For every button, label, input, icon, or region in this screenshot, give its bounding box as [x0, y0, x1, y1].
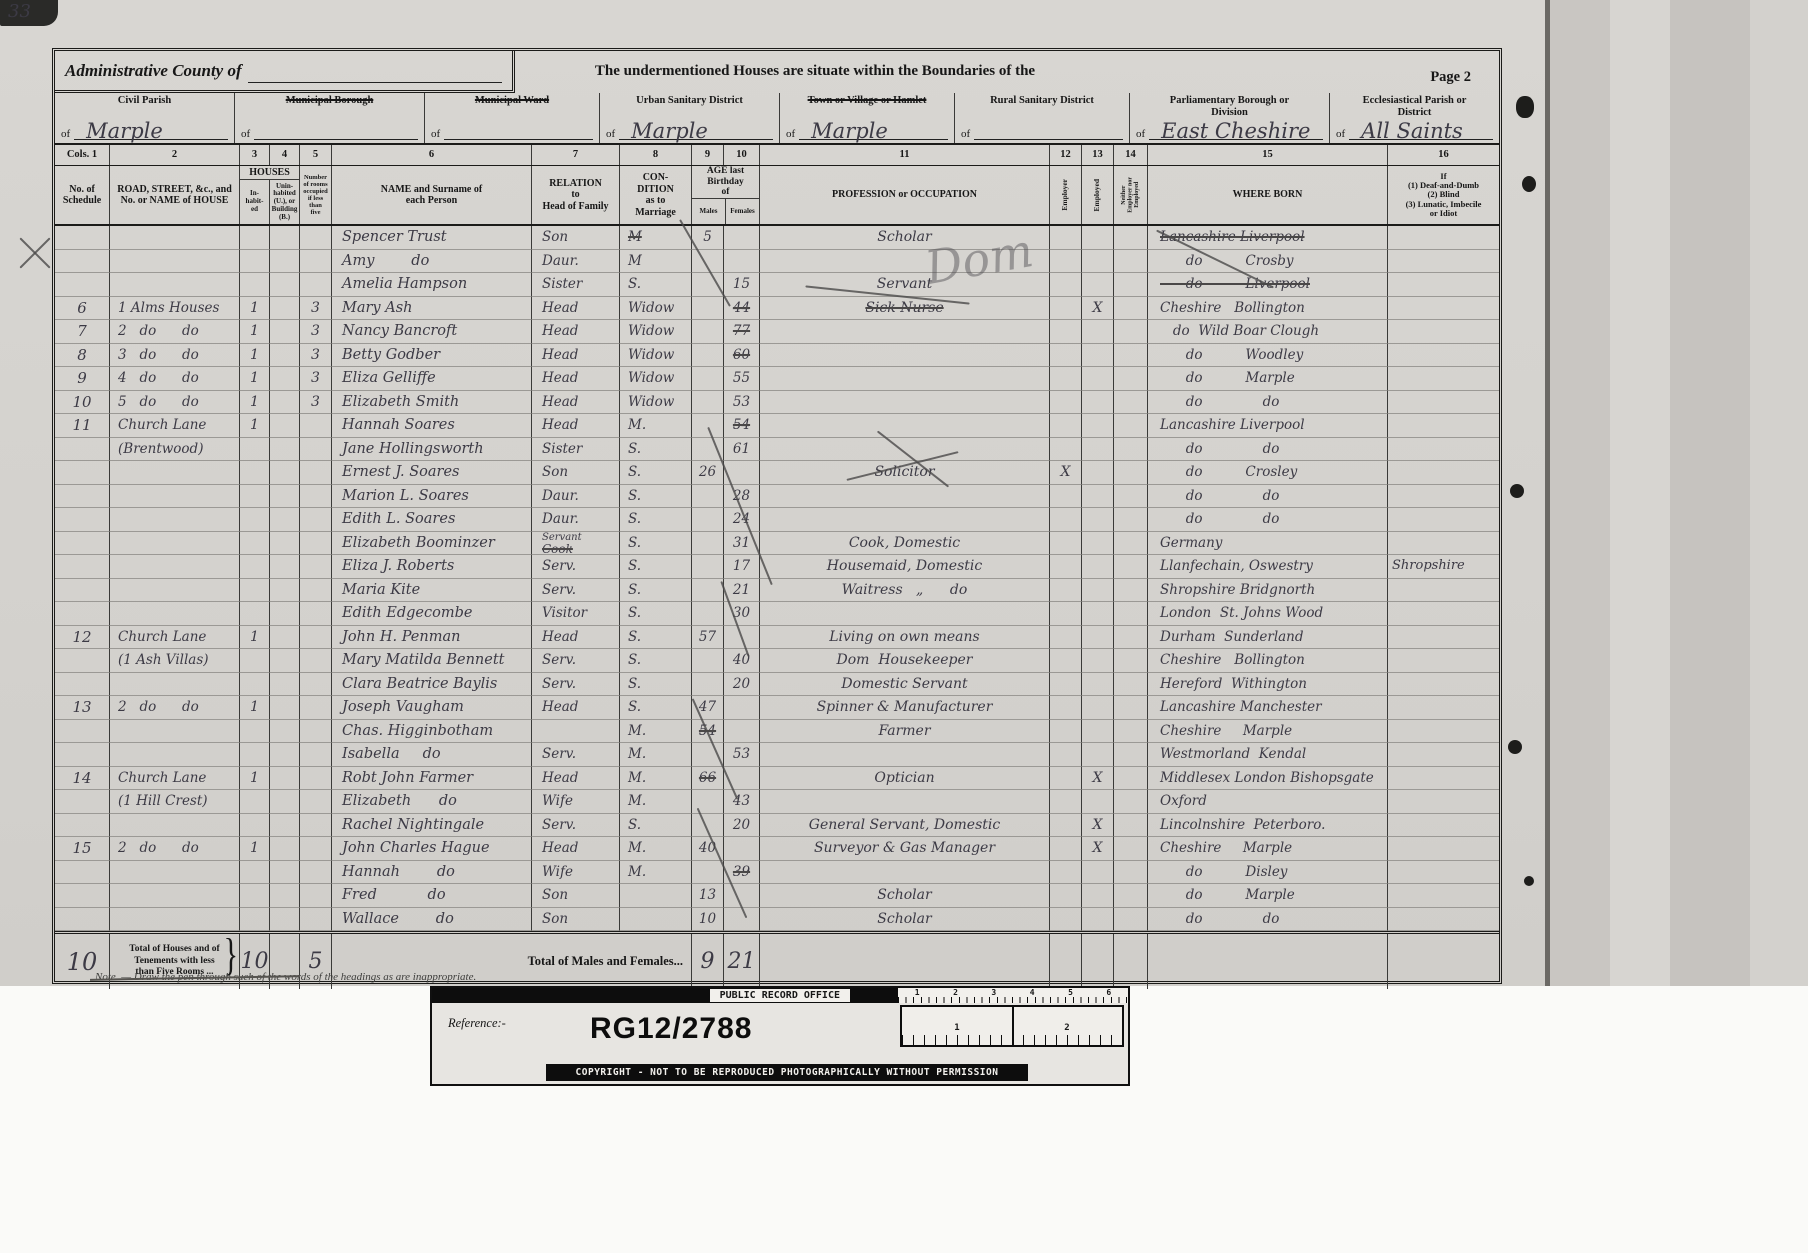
district-urban-sanitary-district: Urban Sanitary DistrictofMarple [600, 93, 780, 143]
cell-road [110, 555, 240, 579]
cell-emp [1050, 626, 1082, 650]
cell-neither [1114, 673, 1148, 697]
cell-inh [240, 226, 270, 250]
cell-occ [760, 320, 1050, 344]
cell-sched [55, 508, 110, 532]
cell-rel: Head [532, 297, 620, 321]
cell-occ [760, 602, 1050, 626]
cell-rel: Head [532, 626, 620, 650]
column-number: 2 [110, 145, 240, 165]
cell-born: do Disley [1148, 861, 1388, 885]
cell-inh [240, 532, 270, 556]
cell-uninh [270, 884, 300, 908]
cell-uninh [270, 226, 300, 250]
cell-empd [1082, 908, 1114, 932]
cell-rel: Serv. [532, 743, 620, 767]
cell-sched [55, 438, 110, 462]
cell-road: 4 do do [110, 367, 240, 391]
cell-uninh [270, 555, 300, 579]
cell-rel: Daur. [532, 508, 620, 532]
district-blank-line [974, 106, 1123, 140]
cell-m [692, 485, 724, 509]
cell-cond: S. [620, 626, 692, 650]
stamp-ruler-bottom: 12 [900, 1005, 1124, 1047]
cell-uninh [270, 367, 300, 391]
cell-cond [620, 884, 692, 908]
header-employer: Employer [1050, 166, 1082, 224]
cell-infirm [1388, 837, 1499, 861]
cell-m: 13 [692, 884, 724, 908]
cell-rel: Head [532, 767, 620, 791]
cell-rooms [300, 273, 332, 297]
hole-punch [1510, 484, 1524, 498]
cell-emp [1050, 273, 1082, 297]
cell-road: 1 Alms Houses [110, 297, 240, 321]
cell-f: 20 [724, 814, 760, 838]
header-neither: Neither Employer nor Employed [1114, 166, 1148, 224]
cell-rooms [300, 579, 332, 603]
cell-rooms [300, 884, 332, 908]
county-row: Administrative County of The undermentio… [55, 51, 1499, 93]
cell-m [692, 673, 724, 697]
column-number: 11 [760, 145, 1050, 165]
cell-m [692, 297, 724, 321]
cell-road [110, 579, 240, 603]
column-headers-row: No. of Schedule ROAD, STREET, &c., and N… [55, 165, 1499, 224]
cell-road [110, 485, 240, 509]
cell-f: 60 [724, 344, 760, 368]
cell-sched [55, 861, 110, 885]
cell-infirm [1388, 250, 1499, 274]
cell-sched [55, 579, 110, 603]
cell-born: Lancashire Liverpool [1148, 226, 1388, 250]
cell-infirm [1388, 273, 1499, 297]
cell-road: Church Lane [110, 767, 240, 791]
cell-infirm [1388, 226, 1499, 250]
cell-sched [55, 908, 110, 932]
cell-infirm [1388, 320, 1499, 344]
cell-born: Cheshire Marple [1148, 837, 1388, 861]
cell-uninh [270, 438, 300, 462]
cell-sched: 15 [55, 837, 110, 861]
column-number: 5 [300, 145, 332, 165]
cell-empd [1082, 414, 1114, 438]
cell-inh [240, 579, 270, 603]
cell-empd: X [1082, 814, 1114, 838]
district-label: Town or Village or Hamlet [780, 93, 954, 107]
cell-emp [1050, 673, 1082, 697]
cell-born: do do [1148, 438, 1388, 462]
cell-uninh [270, 508, 300, 532]
cell-road [110, 908, 240, 932]
cell-cond: M [620, 250, 692, 274]
cell-rooms [300, 908, 332, 932]
cell-rel: Head [532, 391, 620, 415]
cell-neither [1114, 649, 1148, 673]
cell-uninh [270, 720, 300, 744]
cell-road [110, 814, 240, 838]
cell-name: Edith L. Soares [332, 508, 532, 532]
cell-cond: M. [620, 837, 692, 861]
cell-rel: Serv. [532, 814, 620, 838]
cell-empd [1082, 485, 1114, 509]
cell-road: (Brentwood) [110, 438, 240, 462]
cell-infirm [1388, 532, 1499, 556]
cell-road: 2 do do [110, 320, 240, 344]
district-label: Municipal Ward [425, 93, 599, 107]
cell-empd [1082, 461, 1114, 485]
cell-empd [1082, 367, 1114, 391]
cell-rooms [300, 414, 332, 438]
totals-empty [1082, 934, 1114, 989]
cell-m: 66 [692, 767, 724, 791]
cell-rooms: 3 [300, 297, 332, 321]
ruler-digit: 1 [915, 988, 920, 997]
header-age-group: AGE last Birthday of Males Females [692, 166, 760, 224]
cell-rooms [300, 837, 332, 861]
district-label: Parliamentary Borough or Division [1130, 93, 1329, 119]
header-where-born: WHERE BORN [1148, 166, 1388, 224]
cell-born: do Crosby [1148, 250, 1388, 274]
cell-name: Isabella do [332, 743, 532, 767]
cell-neither [1114, 884, 1148, 908]
cell-road [110, 532, 240, 556]
district-blank-line: All Saints [1349, 118, 1493, 140]
cell-uninh [270, 696, 300, 720]
cell-empd [1082, 391, 1114, 415]
cell-empd: X [1082, 767, 1114, 791]
stamp-office-label: PUBLIC RECORD OFFICE [709, 988, 851, 1003]
cell-cond: S. [620, 673, 692, 697]
cell-f: 40 [724, 649, 760, 673]
cell-name: Elizabeth do [332, 790, 532, 814]
cell-f [724, 884, 760, 908]
cell-road: 5 do do [110, 391, 240, 415]
cell-cond: M. [620, 414, 692, 438]
cell-cond: M. [620, 720, 692, 744]
cell-infirm [1388, 485, 1499, 509]
cell-m: 57 [692, 626, 724, 650]
cell-sched [55, 250, 110, 274]
cell-emp [1050, 649, 1082, 673]
cell-rel: Serv. [532, 673, 620, 697]
scan-blemish [1516, 96, 1534, 118]
stamp-top-bar: PUBLIC RECORD OFFICE 123456 [432, 988, 1128, 1003]
cell-uninh [270, 273, 300, 297]
header-road: ROAD, STREET, &c., and No. or NAME of HO… [110, 166, 240, 224]
cell-inh [240, 720, 270, 744]
cell-name: John H. Penman [332, 626, 532, 650]
cell-neither [1114, 297, 1148, 321]
cell-m [692, 649, 724, 673]
cell-sched [55, 532, 110, 556]
ruler-ticks [902, 1035, 1122, 1045]
cell-f: 53 [724, 743, 760, 767]
cell-neither [1114, 696, 1148, 720]
page-number: Page 2 [1430, 69, 1471, 86]
cell-infirm [1388, 673, 1499, 697]
cell-infirm [1388, 790, 1499, 814]
cell-rooms [300, 743, 332, 767]
district-value: All Saints [1361, 119, 1463, 143]
cell-rooms [300, 696, 332, 720]
cell-road: Church Lane [110, 626, 240, 650]
cell-empd [1082, 649, 1114, 673]
cell-sched [55, 743, 110, 767]
ruler-digit: 2 [1064, 1023, 1069, 1033]
cell-emp [1050, 884, 1082, 908]
cell-cond: S. [620, 485, 692, 509]
cell-occ: Sick Nurse [760, 297, 1050, 321]
district-civil-parish: Civil ParishofMarple [55, 93, 235, 143]
cell-born: do Crosley [1148, 461, 1388, 485]
cell-sched [55, 602, 110, 626]
cell-sched: 8 [55, 344, 110, 368]
cell-cond: Widow [620, 367, 692, 391]
cell-f: 44 [724, 297, 760, 321]
cell-road: (1 Ash Villas) [110, 649, 240, 673]
cell-born: Middlesex London Bishopsgate [1148, 767, 1388, 791]
cell-road [110, 508, 240, 532]
cell-rel: Sister [532, 438, 620, 462]
cell-inh [240, 485, 270, 509]
cell-rooms [300, 720, 332, 744]
cell-uninh [270, 579, 300, 603]
ruler-digit: 6 [1106, 988, 1111, 997]
of-label: of [606, 128, 615, 140]
cell-occ: Spinner & Manufacturer [760, 696, 1050, 720]
cell-rooms [300, 226, 332, 250]
cell-uninh [270, 814, 300, 838]
cell-occ [760, 438, 1050, 462]
cell-neither [1114, 273, 1148, 297]
cell-uninh [270, 461, 300, 485]
cell-sched [55, 555, 110, 579]
cell-inh [240, 814, 270, 838]
cell-road: (1 Hill Crest) [110, 790, 240, 814]
cell-occ: Living on own means [760, 626, 1050, 650]
cell-name: Maria Kite [332, 579, 532, 603]
cell-neither [1114, 508, 1148, 532]
cell-inh: 1 [240, 696, 270, 720]
cell-emp [1050, 508, 1082, 532]
cell-emp [1050, 861, 1082, 885]
cell-name: Rachel Nightingale [332, 814, 532, 838]
header-infirmity: If (1) Deaf-and-Dumb (2) Blind (3) Lunat… [1388, 166, 1499, 224]
hole-punch [1508, 740, 1522, 754]
cell-sched: 7 [55, 320, 110, 344]
cell-rel: Head [532, 367, 620, 391]
totals-empty [760, 934, 1050, 989]
cell-f [724, 226, 760, 250]
cell-infirm [1388, 649, 1499, 673]
cell-inh [240, 861, 270, 885]
cell-inh: 1 [240, 344, 270, 368]
cell-cond: Widow [620, 297, 692, 321]
cell-name: Amelia Hampson [332, 273, 532, 297]
header-females: Females [726, 199, 759, 224]
cell-uninh [270, 485, 300, 509]
scan-blemish [1524, 876, 1534, 886]
district-value: Marple [631, 119, 708, 143]
cell-uninh [270, 908, 300, 932]
ruler-digit: 2 [953, 988, 958, 997]
cell-rooms: 3 [300, 391, 332, 415]
totals-empty [1388, 934, 1499, 989]
of-label: of [61, 128, 70, 140]
cell-emp [1050, 790, 1082, 814]
cell-inh [240, 790, 270, 814]
cell-occ [760, 508, 1050, 532]
header-males: Males [692, 199, 726, 224]
cell-empd [1082, 438, 1114, 462]
cell-cond: S. [620, 273, 692, 297]
cell-uninh [270, 767, 300, 791]
cell-rooms [300, 532, 332, 556]
cell-cond: S. [620, 696, 692, 720]
cell-infirm [1388, 438, 1499, 462]
cell-neither [1114, 391, 1148, 415]
cell-name: Edith Edgecombe [332, 602, 532, 626]
cell-born: Germany [1148, 532, 1388, 556]
cell-infirm [1388, 391, 1499, 415]
cell-empd [1082, 344, 1114, 368]
cell-empd [1082, 696, 1114, 720]
district-value: East Cheshire [1161, 119, 1310, 143]
cell-rel: Sister [532, 273, 620, 297]
of-label: of [1136, 128, 1145, 140]
admin-county-blank [248, 58, 502, 82]
cell-emp [1050, 344, 1082, 368]
cell-occ: Optician [760, 767, 1050, 791]
cell-inh [240, 743, 270, 767]
cell-born: Durham Sunderland [1148, 626, 1388, 650]
cell-rooms: 3 [300, 367, 332, 391]
column-number: 16 [1388, 145, 1499, 165]
cell-rel: Visitor [532, 602, 620, 626]
cell-neither [1114, 438, 1148, 462]
cell-rel: Daur. [532, 485, 620, 509]
cell-m [692, 344, 724, 368]
cell-uninh [270, 649, 300, 673]
cell-empd [1082, 273, 1114, 297]
column-number: 8 [620, 145, 692, 165]
cell-emp [1050, 414, 1082, 438]
cell-cond: S. [620, 649, 692, 673]
cell-born: do do [1148, 508, 1388, 532]
cell-inh [240, 884, 270, 908]
district-label: Ecclesiastical Parish or District [1330, 93, 1499, 119]
cell-occ [760, 344, 1050, 368]
column-number: 6 [332, 145, 532, 165]
cell-m [692, 602, 724, 626]
cell-neither [1114, 367, 1148, 391]
district-label: Civil Parish [55, 93, 234, 107]
cell-rooms [300, 649, 332, 673]
cell-occ [760, 414, 1050, 438]
cell-m [692, 414, 724, 438]
cell-inh: 1 [240, 367, 270, 391]
cell-empd [1082, 250, 1114, 274]
cell-infirm [1388, 767, 1499, 791]
of-label: of [241, 128, 250, 140]
cell-sched [55, 273, 110, 297]
cell-name: Nancy Bancroft [332, 320, 532, 344]
cell-neither [1114, 485, 1148, 509]
cell-emp [1050, 814, 1082, 838]
cell-f: 53 [724, 391, 760, 415]
cell-cond: S. [620, 814, 692, 838]
cell-born: do Woodley [1148, 344, 1388, 368]
district-blank-line: East Cheshire [1149, 118, 1323, 140]
cell-occ: General Servant, Domestic [760, 814, 1050, 838]
cell-empd [1082, 579, 1114, 603]
cell-rel: Wife [532, 790, 620, 814]
cell-name: Joseph Vaugham [332, 696, 532, 720]
cell-name: Elizabeth Boominzer [332, 532, 532, 556]
header-relation: RELATION to Head of Family [532, 166, 620, 224]
cell-infirm [1388, 414, 1499, 438]
cell-neither [1114, 720, 1148, 744]
stamp-copyright: COPYRIGHT - NOT TO BE REPRODUCED PHOTOGR… [546, 1064, 1028, 1081]
cell-uninh [270, 790, 300, 814]
cell-neither [1114, 908, 1148, 932]
cell-name: Spencer Trust [332, 226, 532, 250]
cell-road [110, 720, 240, 744]
stamp-reference-label: Reference:- [448, 1016, 506, 1031]
right-margin-paper [1550, 0, 1808, 986]
cell-infirm [1388, 696, 1499, 720]
cell-occ: Surveyor & Gas Manager [760, 837, 1050, 861]
cell-rooms [300, 438, 332, 462]
cell-rooms [300, 508, 332, 532]
column-number: 12 [1050, 145, 1082, 165]
cell-cond: S. [620, 461, 692, 485]
cell-rel: Head [532, 696, 620, 720]
column-number: 9 [692, 145, 724, 165]
cell-name: Hannah do [332, 861, 532, 885]
cell-emp [1050, 367, 1082, 391]
stamp-ruler-top: 123456 [897, 988, 1128, 1003]
cell-uninh [270, 626, 300, 650]
cell-uninh [270, 414, 300, 438]
rows-grid: Spencer TrustSonM5ScholarLancashire Live… [55, 224, 1499, 931]
cell-m [692, 367, 724, 391]
cell-occ: Cook, Domestic [760, 532, 1050, 556]
cell-neither [1114, 790, 1148, 814]
district-header-row: Civil ParishofMarpleMunicipal BoroughofM… [55, 93, 1499, 143]
header-age: AGE last Birthday of [692, 166, 759, 199]
header-rooms: Number of rooms occupied if less than fi… [300, 166, 332, 224]
cell-occ: Scholar [760, 884, 1050, 908]
cell-road: 2 do do [110, 837, 240, 861]
census-form: Administrative County of The undermentio… [52, 48, 1502, 984]
cell-born: Oxford [1148, 790, 1388, 814]
cell-sched: 12 [55, 626, 110, 650]
cell-neither [1114, 579, 1148, 603]
cell-rooms [300, 461, 332, 485]
cell-infirm [1388, 461, 1499, 485]
cell-neither [1114, 861, 1148, 885]
cell-rooms [300, 814, 332, 838]
cell-neither [1114, 743, 1148, 767]
totals-empty [1114, 934, 1148, 989]
column-number: 15 [1148, 145, 1388, 165]
cell-inh: 1 [240, 297, 270, 321]
cell-rel: Son [532, 461, 620, 485]
cell-rel: Wife [532, 861, 620, 885]
cell-infirm [1388, 814, 1499, 838]
